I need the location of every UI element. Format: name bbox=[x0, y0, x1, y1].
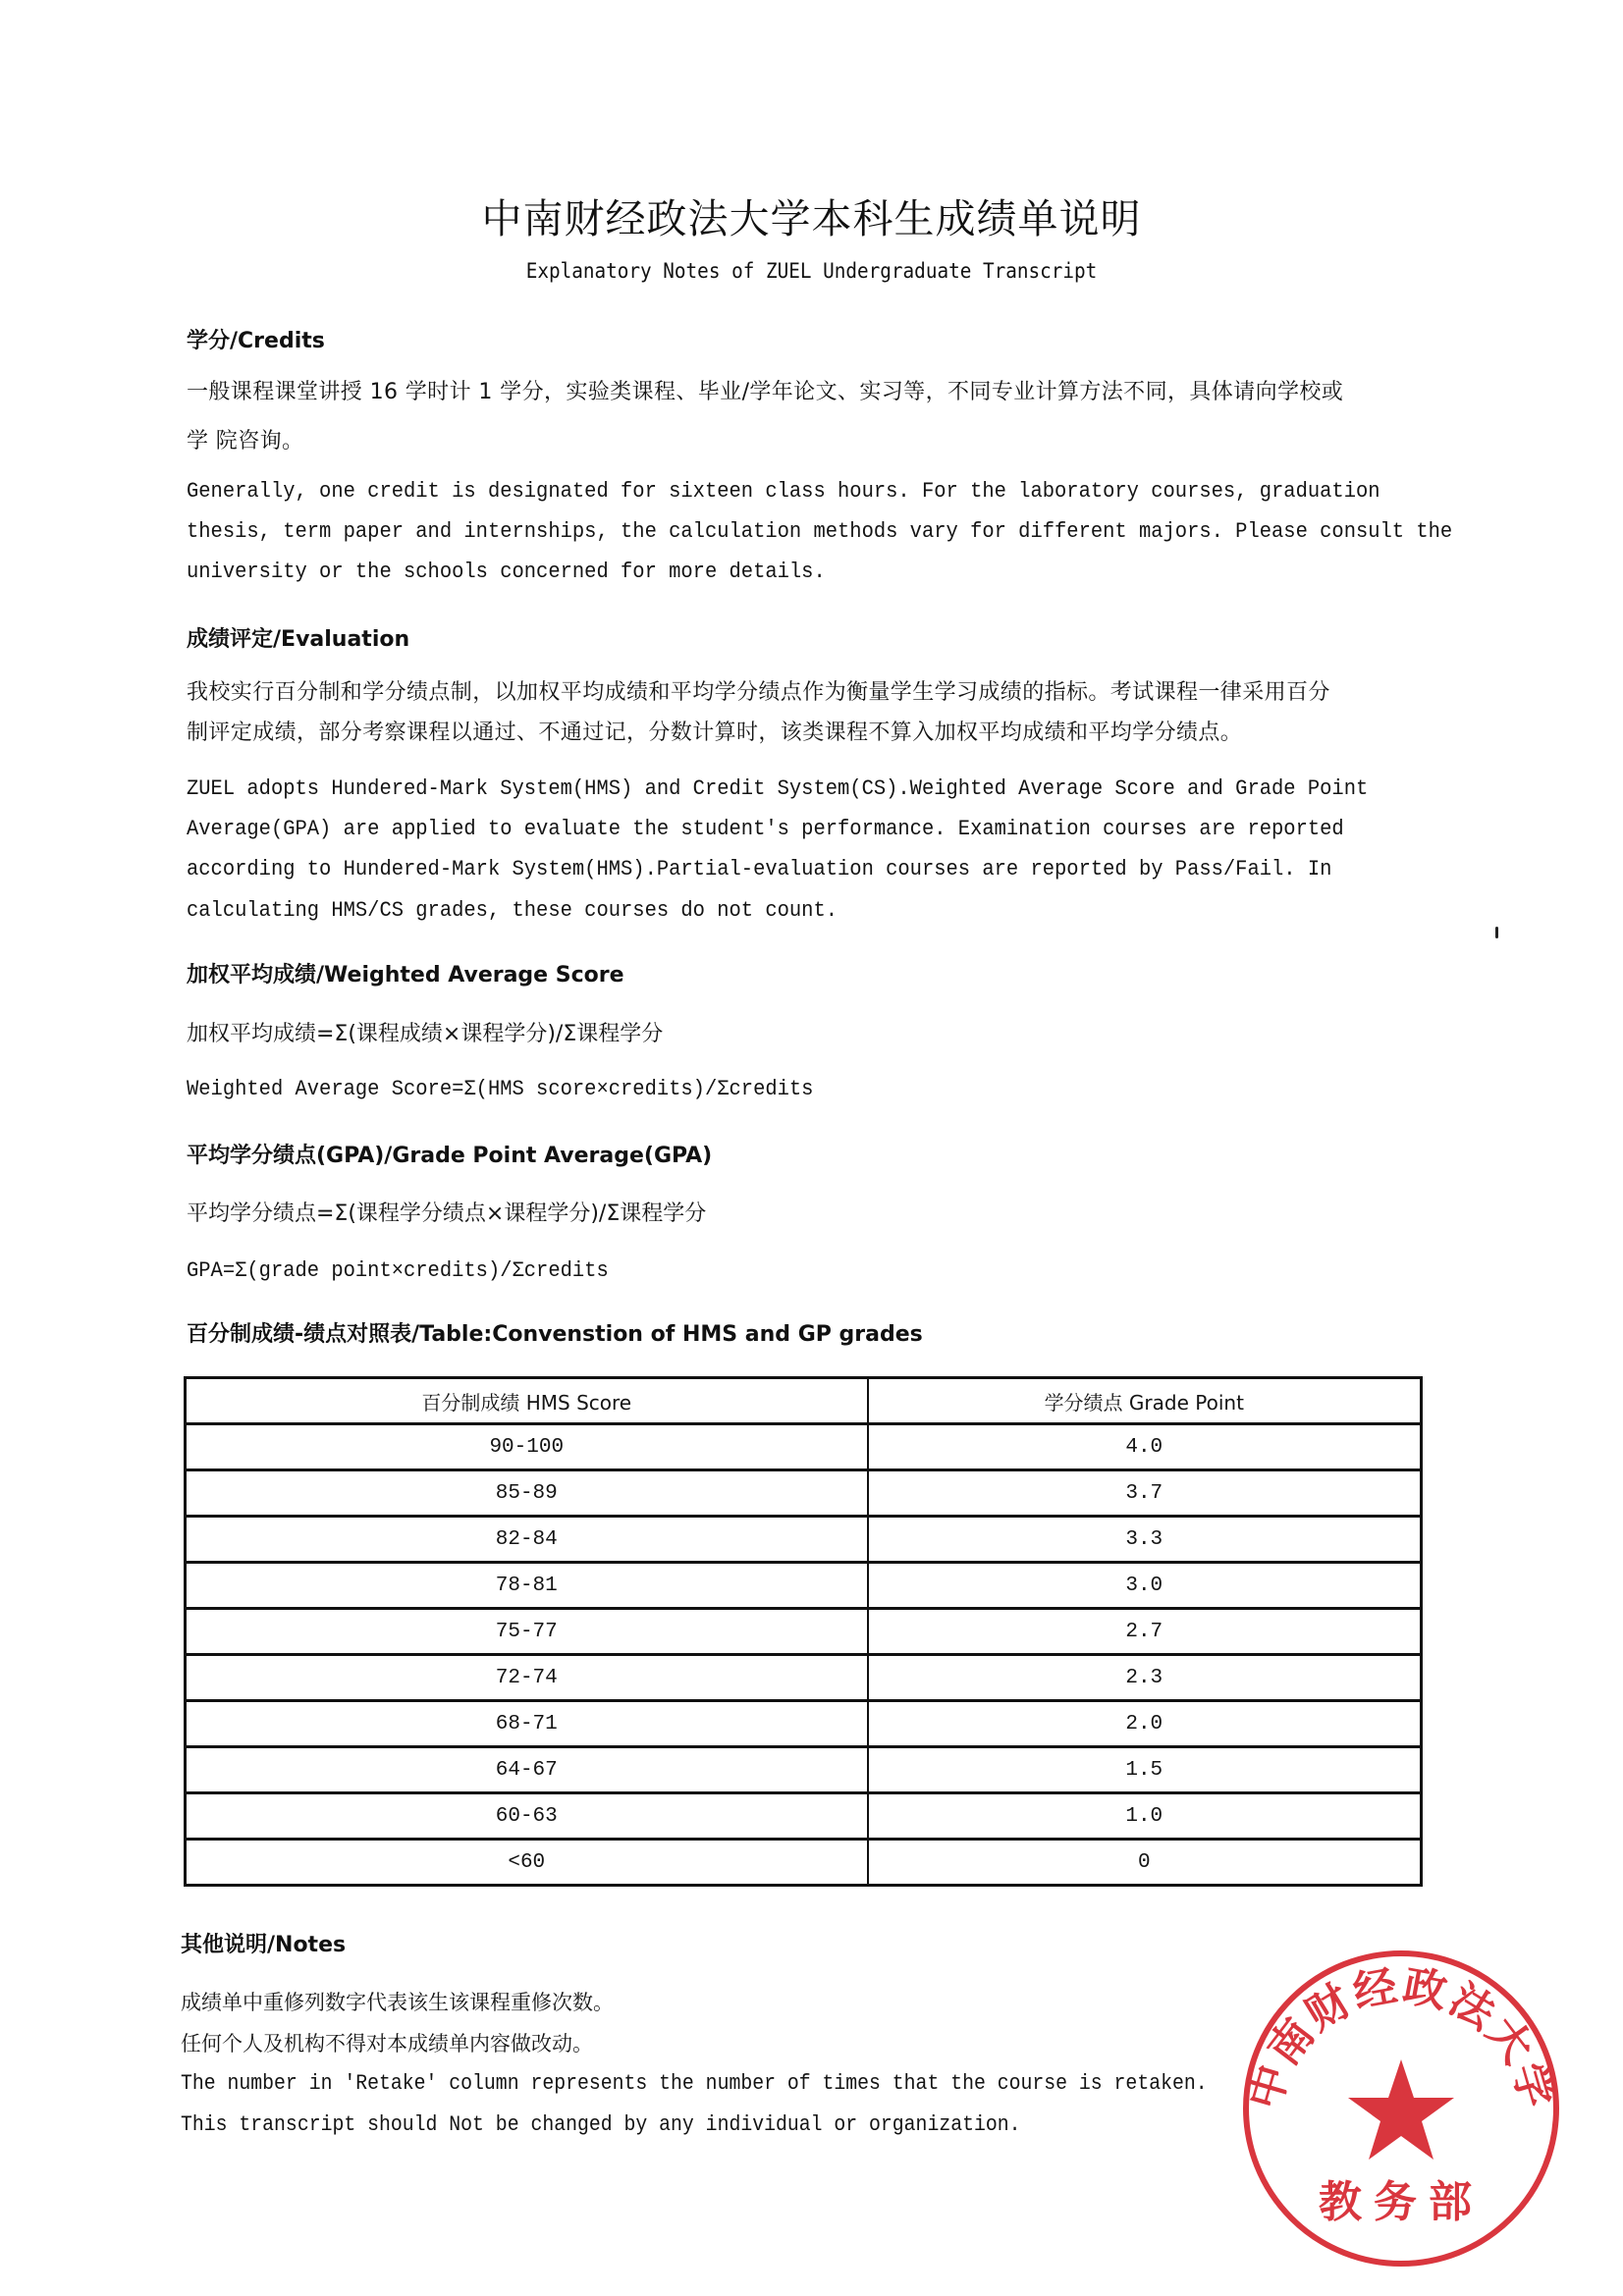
notes-line-4: This transcript should Not be changed by… bbox=[181, 2112, 1021, 2137]
grade-point-cell: 2.7 bbox=[868, 1609, 1422, 1655]
scan-mark bbox=[1495, 927, 1498, 938]
evaluation-cn-line-1: 我校实行百分制和学分绩点制，以加权平均成绩和平均学分绩点作为衡量学生学习成绩的指… bbox=[187, 675, 1330, 706]
table-header-row: 百分制成绩 HMS Score 学分绩点 Grade Point bbox=[186, 1378, 1422, 1424]
hms-score-cell: 60-63 bbox=[186, 1793, 868, 1840]
notes-heading: 其他说明/Notes bbox=[181, 1928, 346, 1958]
hms-score-cell: 90-100 bbox=[186, 1424, 868, 1470]
hms-score-cell: <60 bbox=[186, 1840, 868, 1886]
column-header-hms-score: 百分制成绩 HMS Score bbox=[186, 1378, 868, 1424]
grade-point-cell: 3.7 bbox=[868, 1470, 1422, 1517]
grade-point-cell: 1.5 bbox=[868, 1747, 1422, 1793]
grade-point-cell: 3.3 bbox=[868, 1517, 1422, 1563]
grade-point-cell: 1.0 bbox=[868, 1793, 1422, 1840]
credits-en-line-2: thesis, term paper and internships, the … bbox=[187, 519, 1452, 544]
evaluation-en-line-1: ZUEL adopts Hundered-Mark System(HMS) an… bbox=[187, 776, 1368, 801]
table-row: 82-843.3 bbox=[186, 1517, 1422, 1563]
grade-point-cell: 4.0 bbox=[868, 1424, 1422, 1470]
hms-score-cell: 75-77 bbox=[186, 1609, 868, 1655]
table-row: 68-712.0 bbox=[186, 1701, 1422, 1747]
evaluation-cn-line-2: 制评定成绩，部分考察课程以通过、不通过记，分数计算时，该类课程不算入加权平均成绩… bbox=[187, 716, 1242, 746]
credits-heading: 学分/Credits bbox=[187, 324, 325, 354]
conversion-table: 百分制成绩 HMS Score 学分绩点 Grade Point 90-1004… bbox=[184, 1376, 1423, 1887]
gpa-formula-cn: 平均学分绩点=Σ(课程学分绩点×课程学分)/Σ课程学分 bbox=[187, 1197, 706, 1227]
column-header-grade-point: 学分绩点 Grade Point bbox=[868, 1378, 1422, 1424]
grade-point-cell: 2.3 bbox=[868, 1655, 1422, 1701]
grade-point-cell: 2.0 bbox=[868, 1701, 1422, 1747]
credits-en-line-1: Generally, one credit is designated for … bbox=[187, 479, 1380, 504]
hms-score-cell: 85-89 bbox=[186, 1470, 868, 1517]
weighted-average-heading: 加权平均成绩/Weighted Average Score bbox=[187, 958, 624, 988]
gpa-formula-en: GPA=Σ(grade point×credits)/Σcredits bbox=[187, 1258, 609, 1283]
table-row: 60-631.0 bbox=[186, 1793, 1422, 1840]
official-seal: 中南财经政法大学 教务部 bbox=[1239, 1947, 1563, 2270]
table-row: <600 bbox=[186, 1840, 1422, 1886]
gpa-heading: 平均学分绩点(GPA)/Grade Point Average(GPA) bbox=[187, 1139, 712, 1169]
table-row: 90-1004.0 bbox=[186, 1424, 1422, 1470]
credits-en-line-3: university or the schools concerned for … bbox=[187, 560, 826, 584]
evaluation-en-line-2: Average(GPA) are applied to evaluate the… bbox=[187, 817, 1344, 841]
hms-score-cell: 68-71 bbox=[186, 1701, 868, 1747]
hms-score-cell: 82-84 bbox=[186, 1517, 868, 1563]
table-row: 75-772.7 bbox=[186, 1609, 1422, 1655]
document-title: 中南财经政法大学本科生成绩单说明 bbox=[0, 187, 1623, 244]
grade-point-cell: 3.0 bbox=[868, 1563, 1422, 1609]
notes-line-1: 成绩单中重修列数字代表该生该课程重修次数。 bbox=[181, 1987, 614, 2016]
credits-cn-line-2: 学 院咨询。 bbox=[187, 424, 303, 454]
seal-graphic: 中南财经政法大学 教务部 bbox=[1239, 1947, 1563, 2270]
table-row: 72-742.3 bbox=[186, 1655, 1422, 1701]
conversion-table-heading: 百分制成绩-绩点对照表/Table:Convenstion of HMS and… bbox=[187, 1317, 923, 1348]
weighted-average-formula-cn: 加权平均成绩=Σ(课程成绩×课程学分)/Σ课程学分 bbox=[187, 1017, 663, 1047]
evaluation-en-line-4: calculating HMS/CS grades, these courses… bbox=[187, 898, 838, 923]
notes-line-3: The number in 'Retake' column represents… bbox=[181, 2071, 1208, 2096]
seal-center-text: 教务部 bbox=[1319, 2177, 1484, 2227]
hms-score-cell: 78-81 bbox=[186, 1563, 868, 1609]
credits-cn-line-1: 一般课程课堂讲授 16 学时计 1 学分，实验类课程、毕业/学年论文、实习等，不… bbox=[187, 375, 1343, 405]
notes-line-2: 任何个人及机构不得对本成绩单内容做改动。 bbox=[181, 2028, 593, 2057]
table-row: 78-813.0 bbox=[186, 1563, 1422, 1609]
table-row: 85-893.7 bbox=[186, 1470, 1422, 1517]
hms-score-cell: 72-74 bbox=[186, 1655, 868, 1701]
grade-point-cell: 0 bbox=[868, 1840, 1422, 1886]
evaluation-heading: 成绩评定/Evaluation bbox=[187, 622, 409, 653]
hms-score-cell: 64-67 bbox=[186, 1747, 868, 1793]
star-icon bbox=[1348, 2059, 1454, 2160]
document-subtitle: Explanatory Notes of ZUEL Undergraduate … bbox=[65, 259, 1558, 283]
table-row: 64-671.5 bbox=[186, 1747, 1422, 1793]
weighted-average-formula-en: Weighted Average Score=Σ(HMS score×credi… bbox=[187, 1077, 813, 1101]
evaluation-en-line-3: according to Hundered-Mark System(HMS).P… bbox=[187, 857, 1331, 881]
